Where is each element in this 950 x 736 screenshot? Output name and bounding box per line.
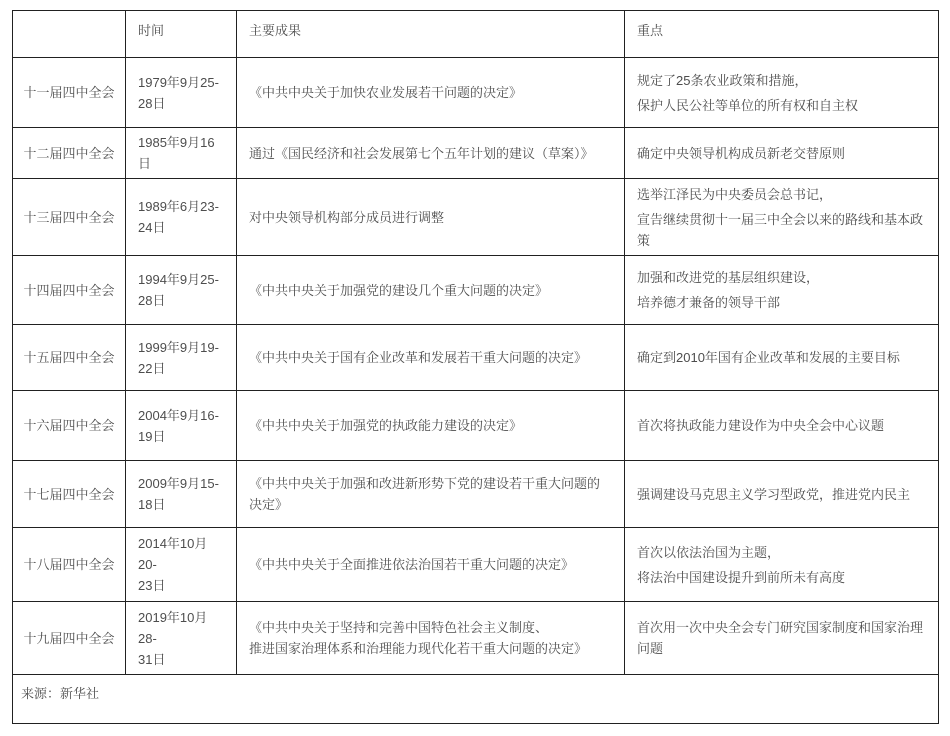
time-cell: 2004年9月16- 19日 xyxy=(126,391,237,461)
time-cell: 1989年6月23- 24日 xyxy=(126,179,237,256)
cell-line: 保护人民公社等单位的所有权和自主权 xyxy=(637,95,926,116)
table-row: 十五届四中全会 1999年9月19- 22日 《中共中央关于国有企业改革和发展若… xyxy=(13,325,939,391)
cell-line: 首次以依法治国为主题， xyxy=(637,542,926,563)
cell-line: 加强和改进党的基层组织建设， xyxy=(637,267,926,288)
cell-line: 首次将执政能力建设作为中央全会中心议题 xyxy=(637,415,926,436)
table-row: 十九届四中全会 2019年10月28- 31日 《中共中央关于坚持和完善中国特色… xyxy=(13,602,939,675)
cell-line: 2019年10月28- xyxy=(138,607,224,649)
highlight-cell: 加强和改进党的基层组织建设， 培养德才兼备的领导干部 xyxy=(625,256,939,325)
highlight-cell: 强调建设马克思主义学习型政党，推进党内民主 xyxy=(625,461,939,528)
column-header-session xyxy=(13,11,126,58)
header-row: 时间 主要成果 重点 xyxy=(13,11,939,58)
session-cell: 十一届四中全会 xyxy=(13,58,126,128)
session-cell: 十三届四中全会 xyxy=(13,179,126,256)
cell-line: 推进国家治理体系和治理能力现代化若干重大问题的决定》 xyxy=(249,638,612,659)
highlight-cell: 首次以依法治国为主题， 将法治中国建设提升到前所未有高度 xyxy=(625,528,939,602)
table-row: 十二届四中全会 1985年9月16日 通过《国民经济和社会发展第七个五年计划的建… xyxy=(13,128,939,179)
achievement-cell: 通过《国民经济和社会发展第七个五年计划的建议（草案）》 xyxy=(237,128,625,179)
achievement-cell: 《中共中央关于全面推进依法治国若干重大问题的决定》 xyxy=(237,528,625,602)
session-cell: 十二届四中全会 xyxy=(13,128,126,179)
achievement-cell: 《中共中央关于加强党的执政能力建设的决定》 xyxy=(237,391,625,461)
cell-line: 强调建设马克思主义学习型政党，推进党内民主 xyxy=(637,484,926,505)
document-page: 时间 主要成果 重点 十一届四中全会 1979年9月25- 28日 《中共中央关… xyxy=(0,0,950,736)
cell-line: 《中共中央关于全面推进依法治国若干重大问题的决定》 xyxy=(249,554,612,575)
time-cell: 2014年10月20- 23日 xyxy=(126,528,237,602)
time-cell: 2019年10月28- 31日 xyxy=(126,602,237,675)
cell-line: 确定到2010年国有企业改革和发展的主要目标 xyxy=(637,347,926,368)
achievement-cell: 《中共中央关于加强和改进新形势下党的建设若干重大问题的决定》 xyxy=(237,461,625,528)
table-row: 十三届四中全会 1989年6月23- 24日 对中央领导机构部分成员进行调整 选… xyxy=(13,179,939,256)
source-note: 来源：新华社 xyxy=(13,675,939,724)
time-cell: 1994年9月25- 28日 xyxy=(126,256,237,325)
time-cell: 2009年9月15- 18日 xyxy=(126,461,237,528)
achievement-cell: 《中共中央关于加快农业发展若干问题的决定》 xyxy=(237,58,625,128)
cell-line: 1985年9月16日 xyxy=(138,132,224,174)
source-row: 来源：新华社 xyxy=(13,675,939,724)
cell-line: 1999年9月19- xyxy=(138,337,224,358)
cell-line: 1989年6月23- xyxy=(138,196,224,217)
cell-line: 24日 xyxy=(138,217,224,238)
cell-line: 将法治中国建设提升到前所未有高度 xyxy=(637,567,926,588)
session-cell: 十六届四中全会 xyxy=(13,391,126,461)
cell-line: 选举江泽民为中央委员会总书记， xyxy=(637,184,926,205)
cell-line: 19日 xyxy=(138,426,224,447)
time-cell: 1979年9月25- 28日 xyxy=(126,58,237,128)
cell-line: 《中共中央关于加强和改进新形势下党的建设若干重大问题的决定》 xyxy=(249,473,612,515)
session-cell: 十四届四中全会 xyxy=(13,256,126,325)
cell-line: 对中央领导机构部分成员进行调整 xyxy=(249,207,612,228)
highlight-cell: 确定中央领导机构成员新老交替原则 xyxy=(625,128,939,179)
cell-line: 规定了25条农业政策和措施， xyxy=(637,70,926,91)
cell-line: 1979年9月25- xyxy=(138,72,224,93)
cell-line: 《中共中央关于国有企业改革和发展若干重大问题的决定》 xyxy=(249,347,612,368)
achievement-cell: 《中共中央关于国有企业改革和发展若干重大问题的决定》 xyxy=(237,325,625,391)
cell-line: 18日 xyxy=(138,494,224,515)
time-cell: 1985年9月16日 xyxy=(126,128,237,179)
cell-line: 《中共中央关于坚持和完善中国特色社会主义制度、 xyxy=(249,617,612,638)
cell-line: 22日 xyxy=(138,358,224,379)
cell-line: 通过《国民经济和社会发展第七个五年计划的建议（草案）》 xyxy=(249,143,612,164)
achievement-cell: 《中共中央关于坚持和完善中国特色社会主义制度、 推进国家治理体系和治理能力现代化… xyxy=(237,602,625,675)
highlight-cell: 首次用一次中央全会专门研究国家制度和国家治理问题 xyxy=(625,602,939,675)
achievement-cell: 《中共中央关于加强党的建设几个重大问题的决定》 xyxy=(237,256,625,325)
highlight-cell: 选举江泽民为中央委员会总书记， 宣告继续贯彻十一届三中全会以来的路线和基本政策 xyxy=(625,179,939,256)
cell-line: 《中共中央关于加快农业发展若干问题的决定》 xyxy=(249,82,612,103)
column-header-time: 时间 xyxy=(126,11,237,58)
cell-line: 《中共中央关于加强党的执政能力建设的决定》 xyxy=(249,415,612,436)
session-cell: 十八届四中全会 xyxy=(13,528,126,602)
session-cell: 十七届四中全会 xyxy=(13,461,126,528)
column-header-highlight: 重点 xyxy=(625,11,939,58)
cell-line: 《中共中央关于加强党的建设几个重大问题的决定》 xyxy=(249,280,612,301)
plenary-sessions-table: 时间 主要成果 重点 十一届四中全会 1979年9月25- 28日 《中共中央关… xyxy=(12,10,939,724)
time-cell: 1999年9月19- 22日 xyxy=(126,325,237,391)
session-cell: 十五届四中全会 xyxy=(13,325,126,391)
cell-line: 28日 xyxy=(138,93,224,114)
achievement-cell: 对中央领导机构部分成员进行调整 xyxy=(237,179,625,256)
table-row: 十八届四中全会 2014年10月20- 23日 《中共中央关于全面推进依法治国若… xyxy=(13,528,939,602)
cell-line: 31日 xyxy=(138,649,224,670)
table-row: 十一届四中全会 1979年9月25- 28日 《中共中央关于加快农业发展若干问题… xyxy=(13,58,939,128)
table-row: 十七届四中全会 2009年9月15- 18日 《中共中央关于加强和改进新形势下党… xyxy=(13,461,939,528)
table-row: 十四届四中全会 1994年9月25- 28日 《中共中央关于加强党的建设几个重大… xyxy=(13,256,939,325)
cell-line: 培养德才兼备的领导干部 xyxy=(637,292,926,313)
table-row: 十六届四中全会 2004年9月16- 19日 《中共中央关于加强党的执政能力建设… xyxy=(13,391,939,461)
highlight-cell: 规定了25条农业政策和措施， 保护人民公社等单位的所有权和自主权 xyxy=(625,58,939,128)
column-header-achievement: 主要成果 xyxy=(237,11,625,58)
cell-line: 2004年9月16- xyxy=(138,405,224,426)
highlight-cell: 确定到2010年国有企业改革和发展的主要目标 xyxy=(625,325,939,391)
cell-line: 宣告继续贯彻十一届三中全会以来的路线和基本政策 xyxy=(637,209,926,251)
cell-line: 28日 xyxy=(138,290,224,311)
cell-line: 首次用一次中央全会专门研究国家制度和国家治理问题 xyxy=(637,617,926,659)
cell-line: 确定中央领导机构成员新老交替原则 xyxy=(637,143,926,164)
cell-line: 2009年9月15- xyxy=(138,473,224,494)
cell-line: 2014年10月20- xyxy=(138,533,224,575)
cell-line: 23日 xyxy=(138,575,224,596)
highlight-cell: 首次将执政能力建设作为中央全会中心议题 xyxy=(625,391,939,461)
cell-line: 1994年9月25- xyxy=(138,269,224,290)
session-cell: 十九届四中全会 xyxy=(13,602,126,675)
